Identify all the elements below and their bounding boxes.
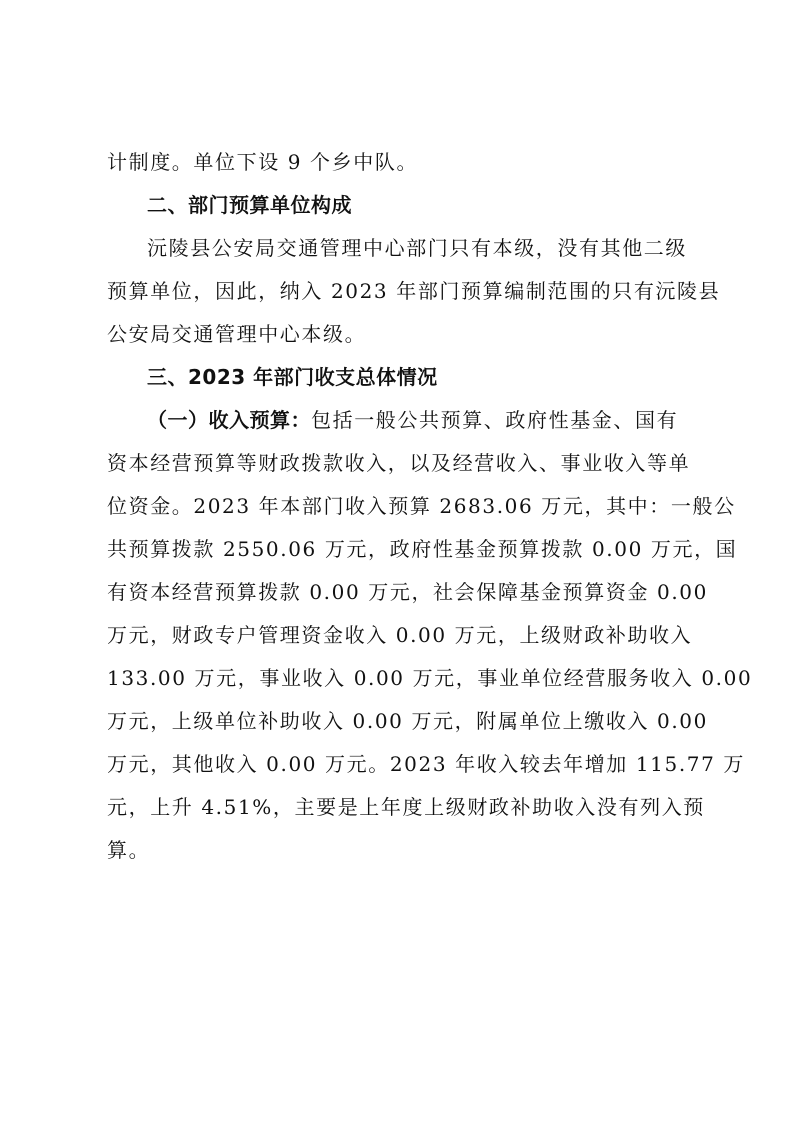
income-budget-line: 万元，上级单位补助收入 0.00 万元，附属单位上缴收入 0.00 bbox=[107, 700, 695, 743]
income-budget-line: 133.00 万元，事业收入 0.00 万元，事业单位经营服务收入 0.00 bbox=[107, 657, 695, 700]
document-page: 计制度。单位下设 9 个乡中队。 二、部门预算单位构成 沅陵县公安局交通管理中心… bbox=[107, 141, 695, 872]
income-budget-first-line: （一）收入预算：包括一般公共预算、政府性基金、国有 bbox=[107, 399, 695, 442]
income-budget-line: 万元，其他收入 0.00 万元。2023 年收入较去年增加 115.77 万 bbox=[107, 743, 695, 786]
income-budget-line: 资本经营预算等财政拨款收入，以及经营收入、事业收入等单 bbox=[107, 442, 695, 485]
section-2-line-3: 公安局交通管理中心本级。 bbox=[107, 313, 695, 356]
income-budget-line: 共预算拨款 2550.06 万元，政府性基金预算拨款 0.00 万元，国 bbox=[107, 528, 695, 571]
income-budget-label: （一）收入预算： bbox=[147, 408, 311, 432]
income-budget-line: 位资金。2023 年本部门收入预算 2683.06 万元，其中：一般公 bbox=[107, 485, 695, 528]
income-budget-line: 算。 bbox=[107, 829, 695, 872]
income-budget-first-line-text: 包括一般公共预算、政府性基金、国有 bbox=[311, 408, 678, 432]
section-2-heading: 二、部门预算单位构成 bbox=[107, 184, 695, 227]
section-3-heading: 三、2023 年部门收支总体情况 bbox=[107, 356, 695, 399]
section-2-line-2: 预算单位，因此，纳入 2023 年部门预算编制范围的只有沅陵县 bbox=[107, 270, 695, 313]
income-budget-line: 万元，财政专户管理资金收入 0.00 万元，上级财政补助收入 bbox=[107, 614, 695, 657]
intro-tail-line: 计制度。单位下设 9 个乡中队。 bbox=[107, 141, 695, 184]
income-budget-line: 元，上升 4.51%，主要是上年度上级财政补助收入没有列入预 bbox=[107, 786, 695, 829]
income-budget-line: 有资本经营预算拨款 0.00 万元，社会保障基金预算资金 0.00 bbox=[107, 571, 695, 614]
section-2-line-1: 沅陵县公安局交通管理中心部门只有本级，没有其他二级 bbox=[107, 227, 695, 270]
